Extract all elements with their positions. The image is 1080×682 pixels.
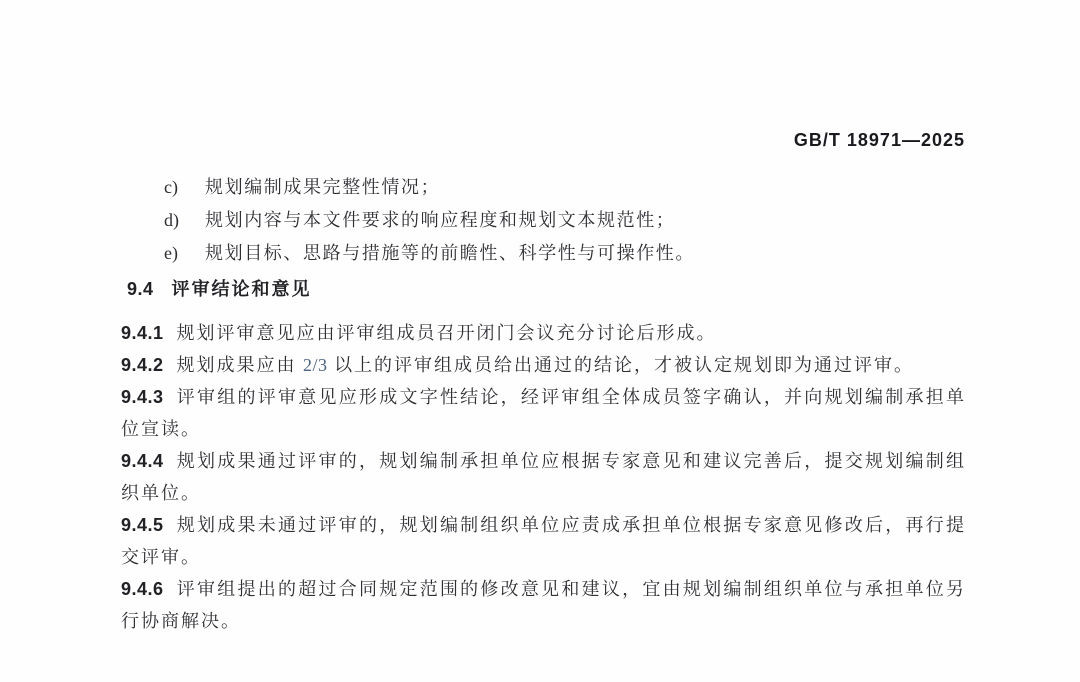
clause-text: 评审组的评审意见应形成文字性结论，经评审组全体成员签字确认，并向规划编制承担单位…	[121, 387, 966, 439]
clause-text: 规划成果通过评审的，规划编制承担单位应根据专家意见和建议完善后，提交规划编制组织…	[121, 451, 966, 503]
section-heading: 9.4评审结论和意见	[127, 278, 312, 300]
clause-9-4-4: 9.4.4规划成果通过评审的，规划编制承担单位应根据专家意见和建议完善后，提交规…	[121, 445, 966, 509]
list-item-label: c)	[164, 171, 205, 204]
clause-9-4-5: 9.4.5规划成果未通过评审的，规划编制组织单位应责成承担单位根据专家意见修改后…	[121, 509, 966, 573]
document-page: GB/T 18971—2025 c) 规划编制成果完整性情况； d) 规划内容与…	[0, 0, 1080, 682]
list-item-text: 规划编制成果完整性情况；	[205, 171, 440, 204]
clause-text: 规划评审意见应由评审组成员召开闭门会议充分讨论后形成。	[177, 323, 717, 343]
clause-number: 9.4.2	[121, 355, 164, 375]
list-item: d) 规划内容与本文件要求的响应程度和规划文本规范性；	[164, 204, 864, 237]
clause-9-4-1: 9.4.1规划评审意见应由评审组成员召开闭门会议充分讨论后形成。	[121, 317, 966, 349]
standard-number: GB/T 18971—2025	[794, 130, 965, 151]
list-item-label: d)	[164, 204, 205, 237]
list-item: e) 规划目标、思路与措施等的前瞻性、科学性与可操作性。	[164, 237, 864, 270]
clause-9-4-2: 9.4.2规划成果应由 2/3 以上的评审组成员给出通过的结论，才被认定规划即为…	[121, 349, 966, 381]
list-item-text: 规划内容与本文件要求的响应程度和规划文本规范性；	[205, 204, 675, 237]
section-number: 9.4	[127, 279, 154, 299]
section-title: 评审结论和意见	[172, 279, 312, 299]
clause-text: 规划成果未通过评审的，规划编制组织单位应责成承担单位根据专家意见修改后，再行提交…	[121, 515, 966, 567]
clause-9-4-3: 9.4.3评审组的评审意见应形成文字性结论，经评审组全体成员签字确认，并向规划编…	[121, 381, 966, 445]
fraction-value: 2/3	[303, 355, 328, 375]
clause-text-post: 以上的评审组成员给出通过的结论，才被认定规划即为通过评审。	[328, 355, 915, 375]
list-item-text: 规划目标、思路与措施等的前瞻性、科学性与可操作性。	[205, 237, 695, 270]
clause-9-4-6: 9.4.6评审组提出的超过合同规定范围的修改意见和建议，宜由规划编制组织单位与承…	[121, 573, 966, 637]
clause-text: 评审组提出的超过合同规定范围的修改意见和建议，宜由规划编制组织单位与承担单位另行…	[121, 579, 966, 631]
clause-number: 9.4.3	[121, 387, 164, 407]
clause-number: 9.4.4	[121, 451, 164, 471]
clause-text-pre: 规划成果应由	[177, 355, 304, 375]
list-item: c) 规划编制成果完整性情况；	[164, 171, 864, 204]
clause-number: 9.4.5	[121, 515, 164, 535]
list-item-label: e)	[164, 237, 205, 270]
clause-list: 9.4.1规划评审意见应由评审组成员召开闭门会议充分讨论后形成。 9.4.2规划…	[121, 317, 966, 637]
lettered-list: c) 规划编制成果完整性情况； d) 规划内容与本文件要求的响应程度和规划文本规…	[164, 171, 864, 270]
clause-number: 9.4.6	[121, 579, 164, 599]
clause-number: 9.4.1	[121, 323, 164, 343]
